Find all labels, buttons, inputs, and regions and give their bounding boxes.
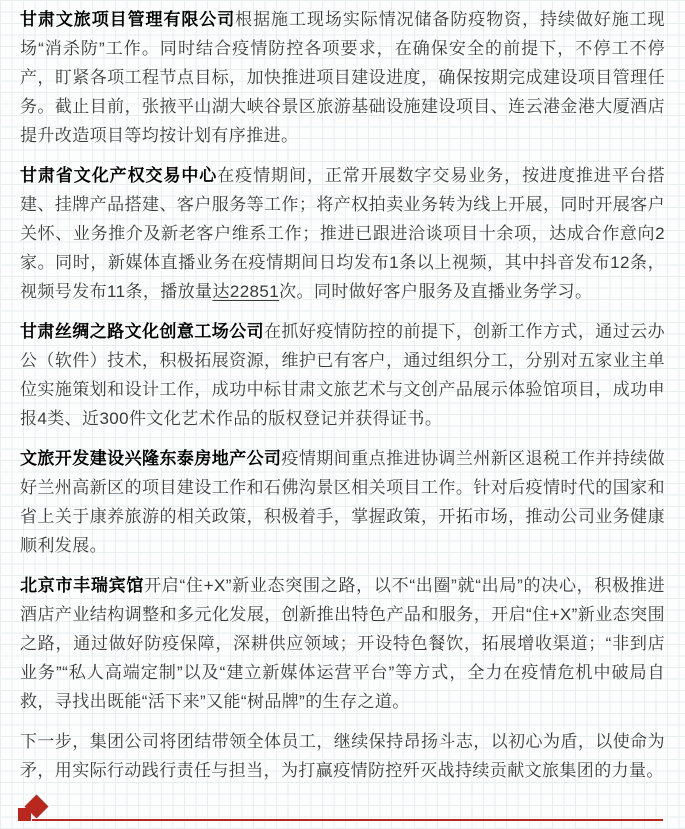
company-name: 北京市丰瑞宾馆 — [20, 576, 144, 595]
company-name: 甘肃文旅项目管理有限公司 — [20, 10, 235, 29]
company-name: 文旅开发建设兴隆东泰房地产公司 — [20, 449, 282, 468]
paragraph-silk-road-creative-factory: 甘肃丝绸之路文化创意工场公司在抓好疫情防控的前提下，创新工作方式，通过云办公（软… — [20, 317, 665, 433]
paragraph-text: 开启“住+X”新业态突围之路，以不“出圈”就“出局”的决心，积极推进酒店产业结构… — [20, 576, 665, 711]
paragraph-gansu-wenlv-project-company: 甘肃文旅项目管理有限公司根据施工现场实际情况储备防疫物资，持续做好施工现场“消杀… — [20, 5, 665, 150]
red-divider-line — [32, 819, 663, 821]
flag-ornament — [20, 797, 665, 823]
paragraph-gansu-culture-property-exchange: 甘肃省文化产权交易中心在疫情期间，正常开展数字交易业务，按进度推进平台搭建、挂牌… — [20, 161, 665, 306]
underlined-statistic: 达22851 — [212, 282, 279, 301]
paragraph-text: 根据施工现场实际情况储备防疫物资，持续做好施工现场“消杀防”工作。同时结合疫情防… — [20, 10, 665, 145]
article-content: 甘肃文旅项目管理有限公司根据施工现场实际情况储备防疫物资，持续做好施工现场“消杀… — [0, 0, 685, 823]
paragraph-beijing-fengrui-hotel: 北京市丰瑞宾馆开启“住+X”新业态突围之路，以不“出圈”就“出局”的决心，积极推… — [20, 571, 665, 716]
company-name: 甘肃省文化产权交易中心 — [20, 166, 217, 185]
paragraph-xinglong-dongtai-realestate: 文旅开发建设兴隆东泰房地产公司疫情期间重点推进协调兰州新区退税工作并持续做好兰州… — [20, 444, 665, 560]
paragraph-conclusion: 下一步，集团公司将团结带领全体员工，继续保持昂扬斗志，以初心为盾，以使命为矛，用… — [20, 727, 665, 785]
article-page: 甘肃文旅项目管理有限公司根据施工现场实际情况储备防疫物资，持续做好施工现场“消杀… — [0, 0, 685, 823]
company-name: 甘肃丝绸之路文化创意工场公司 — [20, 322, 264, 341]
paragraph-text: 在疫情期间，正常开展数字交易业务，按进度推进平台搭建、挂牌产品搭建、客户服务等工… — [20, 166, 665, 301]
paragraph-text: 次。同时做好客户服务及直播业务学习。 — [279, 282, 592, 301]
paragraph-text: 下一步，集团公司将团结带领全体员工，继续保持昂扬斗志，以初心为盾，以使命为矛，用… — [20, 732, 665, 780]
